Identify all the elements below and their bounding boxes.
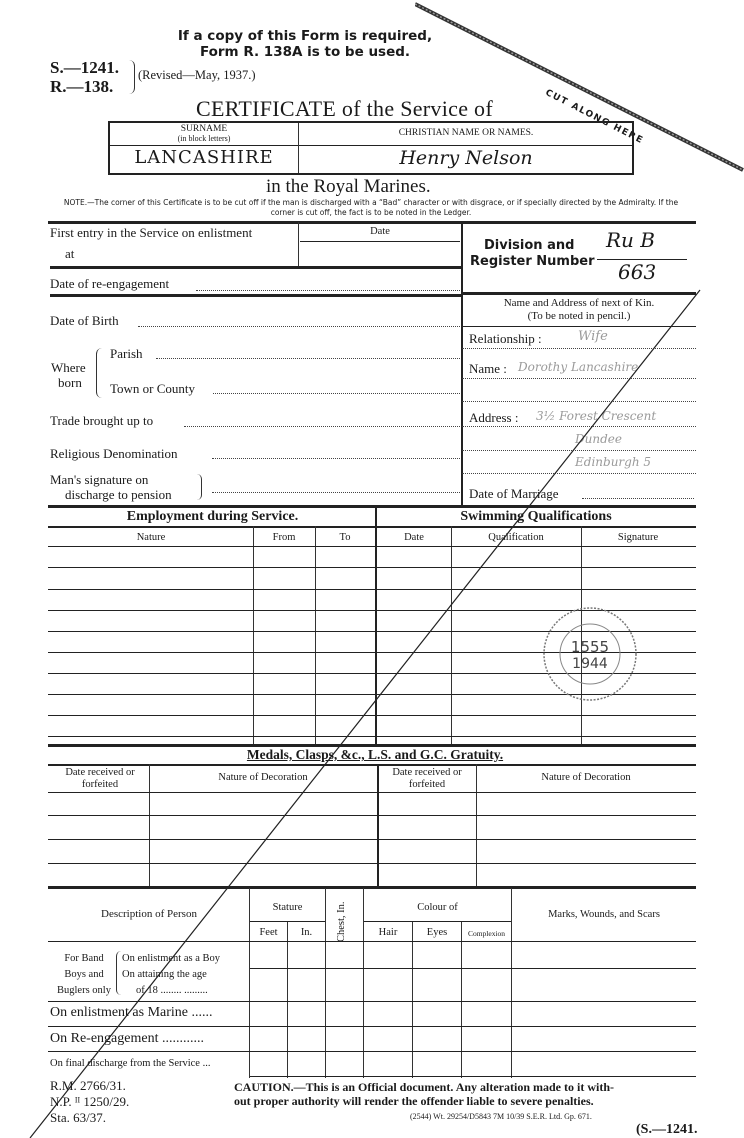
desc-col-div-1 [249,888,250,1078]
table-row-line [48,589,696,590]
boy-row-age: On attaining the age [122,967,220,983]
medals-col-div-1 [149,764,150,886]
stature-label: Stature [250,902,325,913]
nok-name-field-2[interactable] [462,401,696,402]
surname-sublabel: (in block letters) [110,134,298,143]
register-stamp: 1555 1944 [540,604,640,704]
religion-field[interactable] [212,458,460,459]
division-bottom [462,292,696,295]
born-label: born [58,375,82,391]
swimming-col-qualification: Qualification [452,532,580,543]
table-row-line [250,968,696,969]
desc-col-div-6 [461,921,462,1078]
employment-title: Employment during Service. [50,509,375,525]
relationship-label: Relationship : [469,331,542,347]
table-row-line [48,839,696,840]
print-info: (2544) Wt. 29254/D5843 7M 10/39 S.E.R. L… [410,1112,592,1121]
table-row-line [48,567,696,568]
feet-label: Feet [250,927,287,938]
next-of-kin-heading-line1: Name and Address of next of Kin. [464,297,694,310]
signature-label-line2: discharge to pension [50,487,172,502]
town-county-label: Town or County [110,381,195,397]
medals-section-bottom [48,886,696,889]
religion-label: Religious Denomination [50,446,177,462]
boy-row-enlistment: On enlistment as a Boy [122,951,220,967]
complexion-label: Complexion [462,929,511,938]
christian-name-label: CHRISTIAN NAME OR NAMES. [300,128,632,138]
reengagement-row-label: On Re-engagement ............ [50,1031,204,1047]
dob-field[interactable] [138,326,460,327]
medals-title: Medals, Clasps, &c., L.S. and G.C. Gratu… [150,747,600,763]
caution-line1: CAUTION.—This is an Official document. A… [234,1080,614,1094]
stamp-number: 1555 [540,638,640,656]
ref-sta: Sta. 63/37. [50,1110,129,1126]
first-entry-label: First entry in the Service on enlistment [50,225,252,241]
address-label: Address : [469,410,518,426]
employment-title-bottom [48,526,696,528]
nok-heading-bottom [462,326,696,327]
address-line2: Dundee [575,432,622,446]
personal-section-bottom [48,505,696,508]
division-value: Ru B [606,228,655,252]
surname-header: SURNAME (in block letters) [110,125,298,143]
colour-underline [364,921,511,922]
stature-underline [250,921,325,922]
where-born-brace [96,348,103,398]
dob-label: Date of Birth [50,313,119,329]
relationship-value: Wife [578,329,608,344]
chest-label: Chest, In. [336,901,347,942]
footer-refs: R.M. 2766/31. N.P. ᴵᴵ 1250/29. Sta. 63/3… [50,1078,129,1126]
address-field-1[interactable] [462,426,696,427]
where-label: Where [51,360,86,376]
reengagement-bottom [50,294,462,297]
swim-col-div-1 [451,526,452,744]
next-of-kin-heading: Name and Address of next of Kin. (To be … [464,297,694,323]
medals-col-div-3 [476,764,477,886]
desc-col-div-4 [363,888,364,1078]
emp-col-div-1 [253,526,254,744]
table-row-line [48,1001,696,1002]
employment-col-nature: Nature [50,532,252,543]
boy-rows: On enlistment as a Boy On attaining the … [122,951,220,999]
trade-field[interactable] [184,426,460,427]
footer-form-code: (S.—1241. [636,1122,697,1138]
next-of-kin-heading-line2: (To be noted in pencil.) [464,310,694,323]
employment-col-to: To [316,532,374,543]
at-label: at [65,246,74,262]
divider-top [48,221,696,224]
boy-row-18: of 18 ........ ......... [122,983,220,999]
table-row-line [48,1026,696,1027]
personal-vertical-divider [461,222,463,506]
table-row-line [250,1076,696,1077]
christian-name-value: Henry Nelson [300,147,632,169]
emp-swim-divider [375,508,377,744]
town-county-field[interactable] [213,393,460,394]
table-row-line [48,792,696,793]
royal-marines-subtitle: in the Royal Marines. [266,176,431,198]
address-line1: 3½ Forest Crescent [536,409,656,423]
form-code-s1241: S.—1241. [50,58,119,77]
table-row-line [48,863,696,864]
form-codes: S.—1241. R.—138. [50,58,119,96]
medals-title-bottom [48,764,696,766]
name-box: SURNAME (in block letters) CHRISTIAN NAM… [108,121,634,175]
revised-date: (Revised—May, 1937.) [138,68,256,83]
table-row-line [48,815,696,816]
first-entry-divider [298,222,299,266]
ref-np: N.P. ᴵᴵ 1250/29. [50,1094,129,1110]
band-label-3: Buglers only [52,983,116,999]
nok-name-value: Dorothy Lancashire [518,360,638,374]
desc-col-div-5 [412,921,413,1078]
reengagement-label: Date of re-engagement [50,276,169,292]
signature-brace [196,474,202,500]
surname-value: LANCASHIRE [110,147,298,168]
desc-col-div-3 [325,888,326,1078]
first-entry-bottom [50,266,462,269]
employment-col-from: From [254,532,314,543]
date-of-marriage-field[interactable] [582,498,694,499]
medals-col-nature-2: Nature of Decoration [478,772,694,783]
table-row-line [48,736,696,737]
description-title: Description of Person [50,908,248,920]
table-row-line [48,1051,696,1052]
marks-label: Marks, Wounds, and Scars [512,909,696,920]
caution-notice: CAUTION.—This is an Official document. A… [234,1080,614,1108]
colour-of-label: Colour of [364,902,511,913]
stamp-year: 1944 [540,656,640,672]
description-header-bottom [48,941,696,942]
marine-row-label: On enlistment as Marine ...... [50,1005,213,1021]
signature-field[interactable] [212,492,460,493]
band-label-1: For Band [52,951,116,967]
emp-col-div-2 [315,526,316,744]
address-line3: Edinburgh 5 [575,455,651,469]
date-of-marriage-label: Date of Marriage [469,486,559,502]
inches-label: In. [288,927,325,938]
table-row-line [48,715,696,716]
trade-label: Trade brought up to [50,413,153,429]
date-label: Date [300,226,460,237]
eyes-label: Eyes [413,927,461,938]
medals-col-div-2 [377,764,379,886]
address-field-3[interactable] [462,473,696,474]
ref-rm: R.M. 2766/31. [50,1078,129,1094]
register-number-value: 663 [618,260,656,284]
parish-field[interactable] [156,358,460,359]
caution-line2: out proper authority will render the off… [234,1094,614,1108]
nok-name-label: Name : [469,361,507,377]
date-underline [300,241,460,242]
table-row-line [48,546,696,547]
form-code-r138: R.—138. [50,77,119,96]
band-label-2: Boys and [52,967,116,983]
swimming-col-date: Date [378,532,450,543]
swimming-title: Swimming Qualifications [377,509,695,525]
swimming-col-signature: Signature [582,532,694,543]
signature-label: Man's signature on discharge to pension [50,472,172,502]
address-field-2[interactable] [462,450,696,451]
division-label-line1: Division and [470,238,595,254]
form-code-brace [128,60,135,94]
medals-col-date-2: Date received or forfeited [380,767,474,791]
parish-label: Parish [110,346,143,362]
medals-col-date-1: Date received or forfeited [52,767,148,791]
cut-note: NOTE.—The corner of this Certificate is … [56,198,686,218]
nok-name-field[interactable] [462,378,696,379]
band-boys-label: For Band Boys and Buglers only [52,951,116,999]
division-label-line2: Register Number [470,254,595,270]
desc-col-div-2 [287,921,288,1078]
surname-label: SURNAME [110,125,298,134]
final-discharge-row-label: On final discharge from the Service ... [50,1058,210,1069]
division-label: Division and Register Number [470,238,595,270]
relationship-field[interactable] [462,348,696,349]
medals-col-nature-1: Nature of Decoration [152,772,374,783]
signature-label-line1: Man's signature on [50,472,172,487]
reengagement-field[interactable] [196,290,460,291]
hair-label: Hair [364,927,412,938]
